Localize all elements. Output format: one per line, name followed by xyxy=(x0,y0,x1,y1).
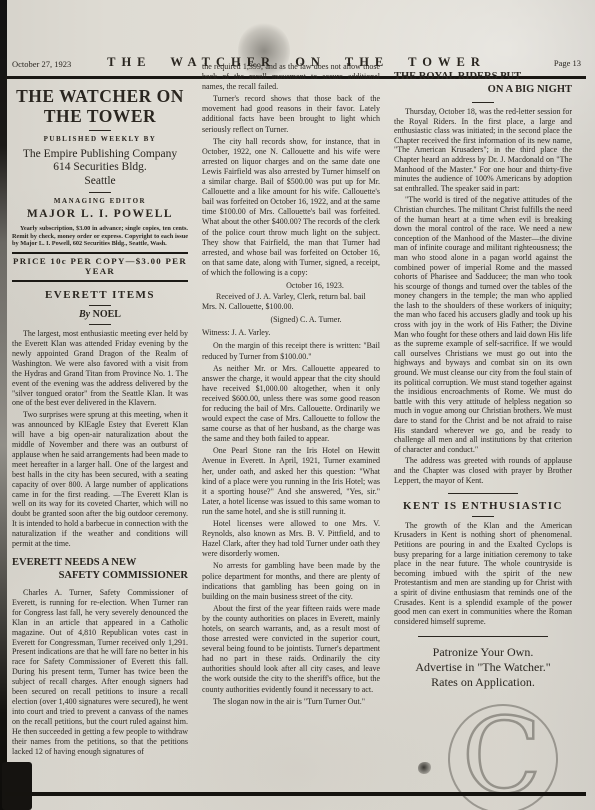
article-paragraph: The slogan now in the air is "Turn Turne… xyxy=(202,697,380,707)
right-column: THE ROYAL RIDERS PUT ON A BIG NIGHT Thur… xyxy=(394,70,572,690)
safety-commissioner-heading: EVERETT NEEDS A NEW SAFETY COMMISSIONER xyxy=(12,556,188,582)
advert-line1: Patronize Your Own. xyxy=(394,645,572,660)
published-by-label: PUBLISHED WEEKLY BY xyxy=(12,135,188,145)
ink-blot xyxy=(418,762,431,774)
bottom-rule xyxy=(5,792,586,796)
everett-items-heading: EVERETT ITEMS xyxy=(12,291,188,301)
divider xyxy=(418,636,548,637)
byline: By NOEL xyxy=(12,310,188,320)
article-paragraph: On the margin of this receipt there is w… xyxy=(202,341,380,361)
scan-edge-artifact xyxy=(0,0,7,810)
article-paragraph: "The world is tired of the negative atti… xyxy=(394,195,572,454)
article-paragraph: Charles A. Turner, Safety Commissioner o… xyxy=(12,588,188,756)
article-paragraph: No arrests for gambling have been made b… xyxy=(202,561,380,601)
divider xyxy=(472,516,494,517)
publisher-address: 614 Securities Bldg. xyxy=(12,161,188,175)
publisher-city: Seattle xyxy=(12,175,188,189)
article-paragraph: Two surprises were sprung at this meetin… xyxy=(12,410,188,549)
article-paragraph: Thursday, October 18, was the red-letter… xyxy=(394,107,572,193)
heading-line1: THE ROYAL RIDERS PUT xyxy=(394,70,572,83)
heading-line2: ON A BIG NIGHT xyxy=(394,83,572,96)
divider xyxy=(448,493,518,494)
newspaper-page: October 27, 1923 THE WATCHER ON THE TOWE… xyxy=(0,0,595,810)
price-line: PRICE 10c PER COPY—$3.00 PER YEAR xyxy=(12,252,188,282)
article-paragraph: As neither Mr. or Mrs. Callouette appear… xyxy=(202,364,380,445)
left-column: THE WATCHER ON THE TOWER PUBLISHED WEEKL… xyxy=(12,84,188,758)
divider xyxy=(89,324,111,325)
article-paragraph: Turner's record shows that those back of… xyxy=(202,94,380,134)
page-number: Page 13 xyxy=(554,58,581,68)
editor-name: MAJOR L. I. POWELL xyxy=(12,210,188,220)
receipt-body: Received of J. A. Varley, Clerk, return … xyxy=(202,292,380,312)
publisher-name: The Empire Publishing Company xyxy=(12,148,188,162)
divider xyxy=(89,192,111,193)
house-advert: Patronize Your Own. Advertise in "The Wa… xyxy=(394,645,572,690)
receipt-signature: (Signed) C. A. Turner. xyxy=(202,315,380,325)
advert-line2: Advertise in "The Watcher." xyxy=(394,660,572,675)
editor-label: MANAGING EDITOR xyxy=(12,197,188,207)
publisher-block: The Empire Publishing Company 614 Securi… xyxy=(12,148,188,189)
receipt-witness: Witness: J. A. Varley. xyxy=(202,328,380,338)
receipt-date: October 16, 1923. xyxy=(202,281,380,291)
receipt-block: October 16, 1923. Received of J. A. Varl… xyxy=(202,281,380,338)
masthead-title: THE WATCHER ON THE TOWER xyxy=(12,86,188,126)
divider xyxy=(89,130,111,131)
royal-riders-heading: THE ROYAL RIDERS PUT ON A BIG NIGHT xyxy=(394,70,572,96)
article-paragraph: Hotel licenses were allowed to one Mrs. … xyxy=(202,519,380,559)
article-paragraph: The address was greeted with rounds of a… xyxy=(394,456,572,485)
kent-heading: KENT IS ENTHUSIASTIC xyxy=(394,502,572,512)
subscription-fine-print: Yearly subscription, $3.00 in advance; s… xyxy=(12,225,188,247)
divider xyxy=(472,102,494,103)
heading-line2: SAFETY COMMISSIONER xyxy=(12,569,188,582)
masthead: THE WATCHER ON THE TOWER PUBLISHED WEEKL… xyxy=(12,86,188,282)
byline-name: NOEL xyxy=(93,309,121,320)
divider xyxy=(89,305,111,306)
masthead-title-line1: THE WATCHER ON xyxy=(12,86,188,106)
advert-line3: Rates on Application. xyxy=(394,675,572,690)
article-paragraph: The growth of the Klan and the American … xyxy=(394,521,572,627)
heading-line1: EVERETT NEEDS A NEW xyxy=(12,556,188,569)
scan-blot-bottom-left xyxy=(2,762,32,810)
middle-column: the required 1,399; and as the law does … xyxy=(202,62,380,709)
article-paragraph: The city hall records show, for instance… xyxy=(202,137,380,278)
article-paragraph: The largest, most enthusiastic meeting e… xyxy=(12,329,188,408)
article-paragraph: One Pearl Stone ran the Iris Hotel on He… xyxy=(202,446,380,517)
article-paragraph: the required 1,399; and as the law does … xyxy=(202,62,380,92)
byline-by: By xyxy=(79,309,90,320)
masthead-title-line2: THE TOWER xyxy=(12,106,188,126)
article-paragraph: About the first of the year fifteen raid… xyxy=(202,604,380,695)
